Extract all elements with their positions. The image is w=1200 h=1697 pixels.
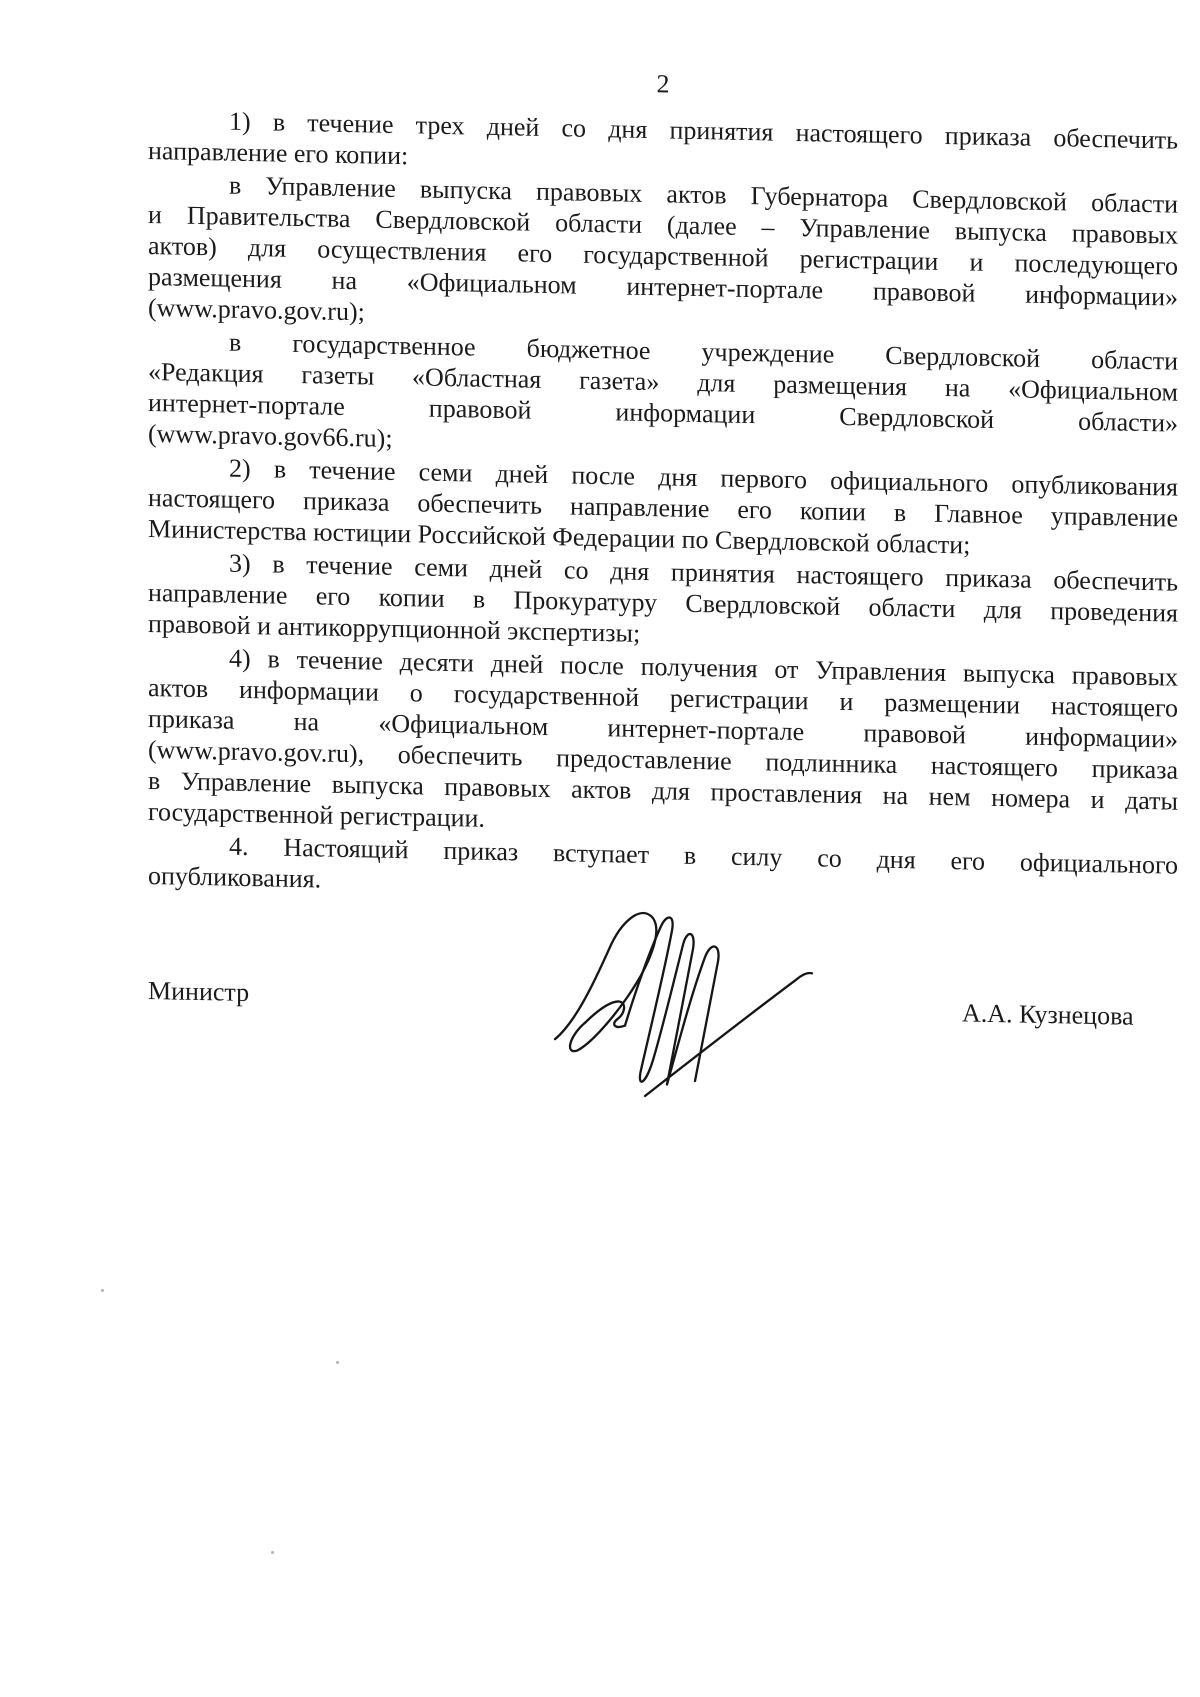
minister-label: Министр <box>148 975 249 1008</box>
minister-signature <box>525 854 825 1110</box>
paragraph: 2) в течение семи дней после дня первого… <box>148 451 1178 565</box>
paragraph: 3) в течение семи дней со дня принятия н… <box>148 546 1178 660</box>
paragraph: 4) в течение десяти дней после получения… <box>148 641 1178 848</box>
scan-speck <box>101 1289 104 1292</box>
scan-speck <box>271 1551 274 1554</box>
scan-speck <box>336 1361 339 1364</box>
paragraph: в Управление выпуска правовых актов Губе… <box>148 168 1178 344</box>
page-number: 2 <box>148 58 1178 110</box>
document-page: 2 1) в течение трех дней со дня принятия… <box>148 58 1178 912</box>
paragraph: в государственное бюджетное учреждение С… <box>148 325 1178 470</box>
text-block: 1) в течение трех дней со дня принятия н… <box>148 104 1178 912</box>
signer-name: А.А. Кузнецова <box>962 997 1134 1031</box>
